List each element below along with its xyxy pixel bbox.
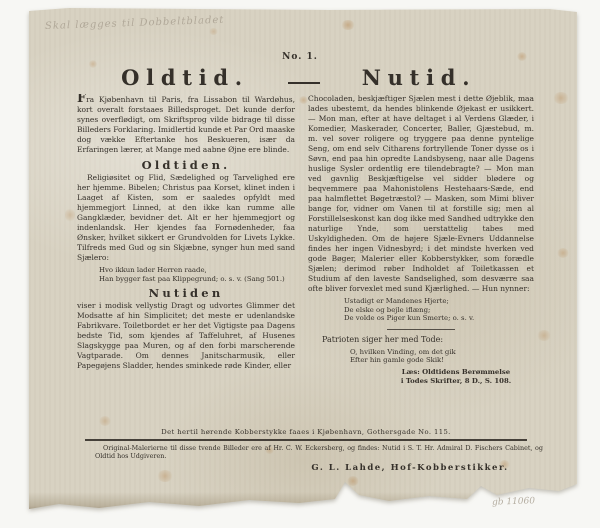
foxing-spot	[557, 248, 569, 258]
scan-background: Skal lægges til Dobbeltbladet No. 1. Old…	[0, 0, 600, 528]
reference-line: Læs: Oldtidens Berømmelse	[386, 368, 526, 377]
foxing-spot	[341, 20, 355, 30]
intro-paragraph: Fra Kjøbenhavn til Paris, fra Lissabon t…	[77, 94, 295, 155]
reference-line: i Todes Skrifter, 8 D., S. 108.	[386, 377, 526, 386]
foxing-spot	[553, 92, 569, 104]
hymn-quote-line: Hvo ikkun lader Herren raade,	[99, 266, 295, 275]
tode-quote: O, hvilken Vinding, om det gik Efter hin…	[350, 348, 534, 365]
section-heading-oldtiden: Oldtiden.	[77, 160, 295, 170]
pencil-annotation-number: gb 11060	[492, 496, 535, 507]
hymn-quote: Hvo ikkun lader Herren raade, Han bygger…	[99, 266, 295, 283]
text-columns: Fra Kjøbenhavn til Paris, fra Lissabon t…	[77, 94, 534, 428]
paper-sheet: Skal lægges til Dobbeltbladet No. 1. Old…	[29, 8, 577, 510]
song-quote: Ustadigt er Mandenes Hjerte; De elske og…	[344, 297, 534, 323]
song-quote-line: Ustadigt er Mandenes Hjerte;	[344, 297, 534, 306]
patriot-intro: Patrioten siger her med Tode:	[322, 335, 534, 345]
song-quote-line: De volde os Piger kun Smerte; o. s. v.	[344, 314, 534, 323]
foxing-spot	[537, 330, 551, 341]
hymn-quote-line: Han bygger fast paa Klippegrund; o. s. v…	[99, 275, 295, 284]
availability-line: Det hertil hørende Kobberstykke faaes i …	[67, 428, 545, 436]
right-column-title: Nutid.	[309, 65, 529, 90]
pencil-annotation-top: Skal lægges til Dobbeltbladet	[45, 13, 275, 32]
oldtiden-paragraph: Religiøsitet og Flid, Sædelighed og Tarv…	[77, 173, 295, 263]
section-rule	[387, 329, 455, 330]
reference-citation: Læs: Oldtidens Berømmelse i Todes Skrift…	[386, 368, 526, 385]
tode-quote-line: O, hvilken Vinding, om det gik	[350, 348, 534, 357]
foxing-spot	[65, 208, 75, 222]
section-heading-nutiden: Nutiden	[77, 288, 295, 298]
nutiden-paragraph: viser i modisk vellystig Dragt og udvort…	[77, 301, 295, 371]
imprint-footer: Det hertil hørende Kobberstykke faaes i …	[67, 428, 545, 473]
song-quote-line: De elske og bejle iflæng;	[344, 306, 534, 315]
foxing-spot	[347, 476, 359, 486]
engraver-signature: G. L. Lahde, Hof-Kobberstikker.	[305, 463, 515, 473]
issue-number: No. 1.	[240, 52, 360, 62]
tode-quote-line: Efter hin gamle gode Skik!	[350, 356, 534, 365]
left-column-title: Oldtid.	[75, 65, 295, 90]
footer-rule	[85, 439, 527, 441]
nutid-paragraph: Chocoladen, beskjæftiger Sjælen mest i d…	[308, 94, 534, 294]
imprint-paragraph: Original-Malerierne til disse tvende Bil…	[95, 444, 543, 460]
foxing-spot	[517, 52, 527, 61]
column-nutid: Chocoladen, beskjæftiger Sjælen mest i d…	[308, 94, 534, 428]
column-oldtid: Fra Kjøbenhavn til Paris, fra Lissabon t…	[77, 94, 295, 428]
paper-sheet-wrap: Skal lægges til Dobbeltbladet No. 1. Old…	[29, 8, 577, 510]
foxing-spot	[209, 28, 218, 35]
